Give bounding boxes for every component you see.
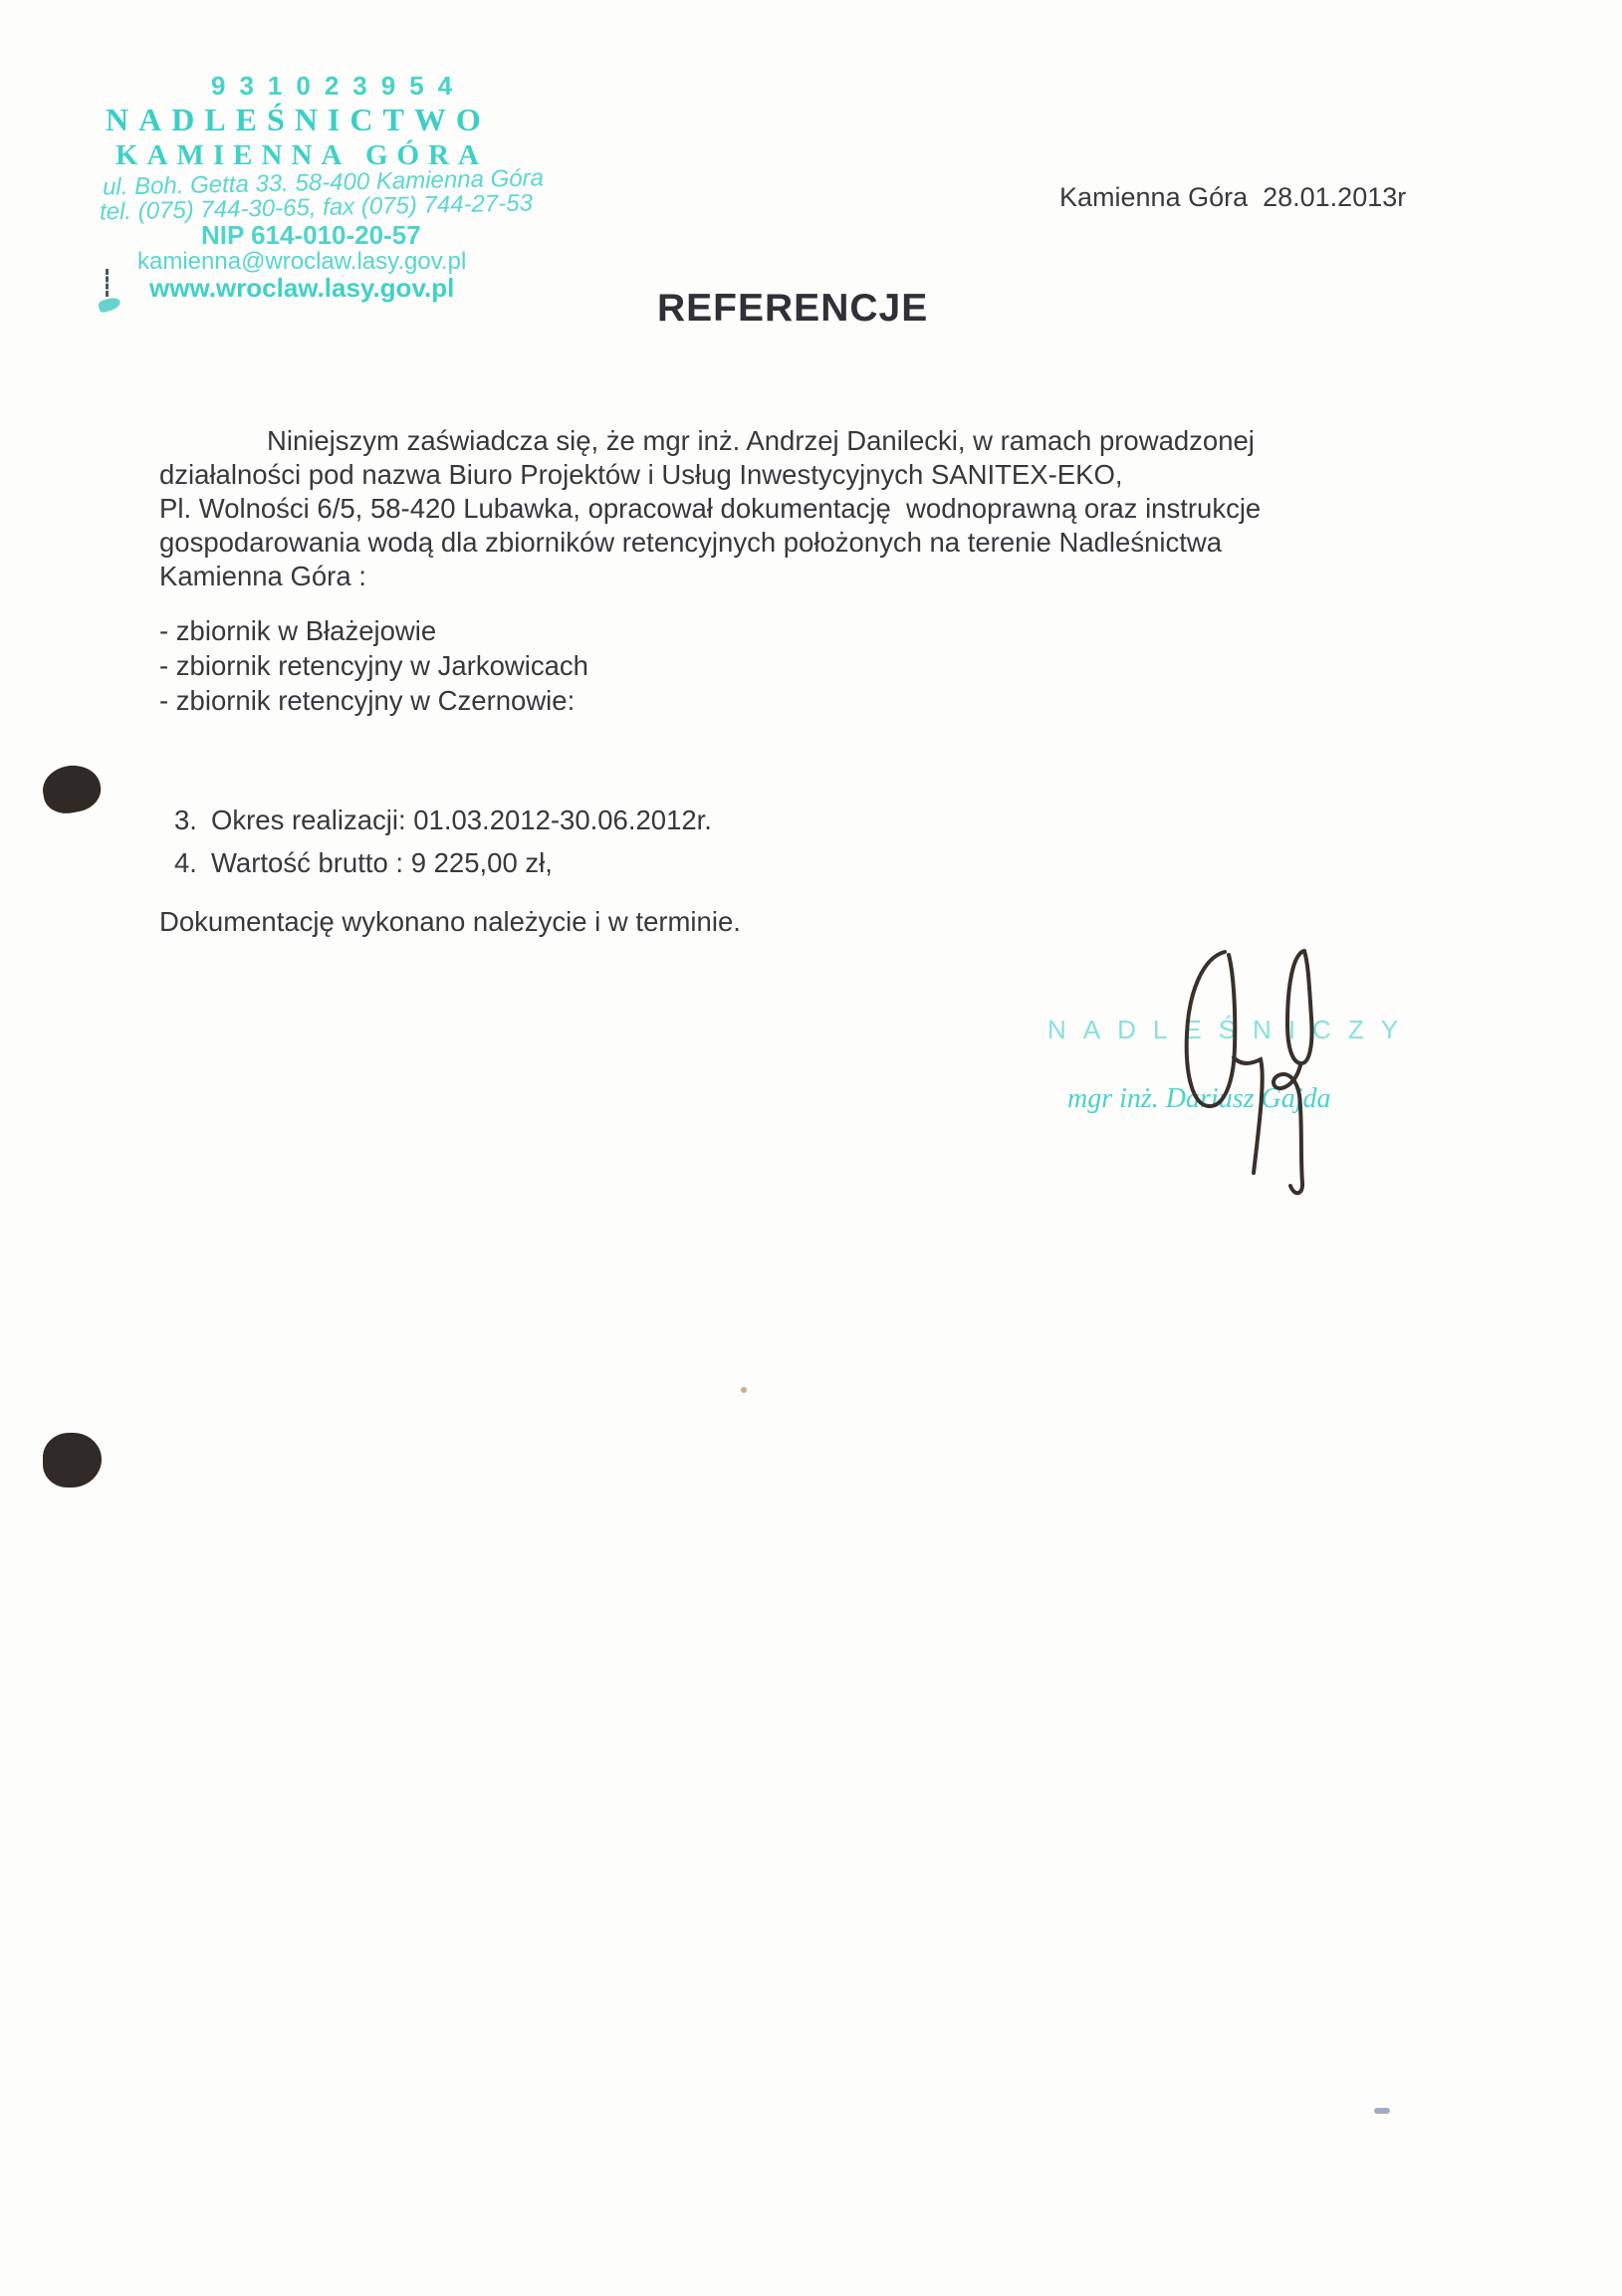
- ink-blot-mark: [39, 761, 104, 816]
- scan-speck: [1374, 2108, 1390, 2114]
- stamp-registry-number: 931023954: [211, 72, 466, 102]
- list-item-number: 4.: [174, 847, 197, 879]
- paragraph-line: działalności pod nazwa Biuro Projektów i…: [159, 459, 1122, 491]
- list-item: - zbiornik retencyjny w Czernowie:: [159, 685, 575, 717]
- handwritten-signature: [1145, 926, 1394, 1215]
- paragraph-line: Pl. Wolności 6/5, 58-420 Lubawka, opraco…: [159, 493, 1261, 525]
- scanned-reference-letter: 931023954 NADLEŚNICTWO KAMIENNA GÓRA ul.…: [0, 0, 1622, 2296]
- stamp-org-name-line1: NADLEŚNICTWO: [106, 102, 491, 138]
- list-item-text: Wartość brutto : 9 225,00 zł,: [211, 847, 553, 879]
- ink-blot-mark: [43, 1433, 102, 1488]
- paragraph-line: Kamienna Góra :: [159, 561, 366, 592]
- margin-registrar-mark: [106, 269, 109, 297]
- stamp-website: www.wroclaw.lasy.gov.pl: [149, 274, 454, 304]
- stamp-email: kamienna@wroclaw.lasy.gov.pl: [137, 248, 466, 276]
- margin-registrar-ink-dot: [98, 296, 121, 313]
- list-item: - zbiornik w Błażejowie: [159, 615, 436, 647]
- document-title: REFERENCJE: [657, 287, 928, 332]
- closing-statement: Dokumentację wykonano należycie i w term…: [159, 906, 741, 938]
- paragraph-line: Niniejszym zaświadcza się, że mgr inż. A…: [267, 425, 1255, 457]
- list-item-text: Okres realizacji: 01.03.2012-30.06.2012r…: [211, 804, 712, 836]
- place-and-date: Kamienna Góra 28.01.2013r: [1059, 182, 1406, 213]
- paragraph-line: gospodarowania wodą dla zbiorników reten…: [159, 527, 1222, 559]
- list-item-number: 3.: [174, 804, 197, 836]
- scan-speck: [741, 1387, 747, 1393]
- list-item: - zbiornik retencyjny w Jarkowicach: [159, 650, 588, 682]
- stamp-nip: NIP 614-010-20-57: [201, 221, 421, 251]
